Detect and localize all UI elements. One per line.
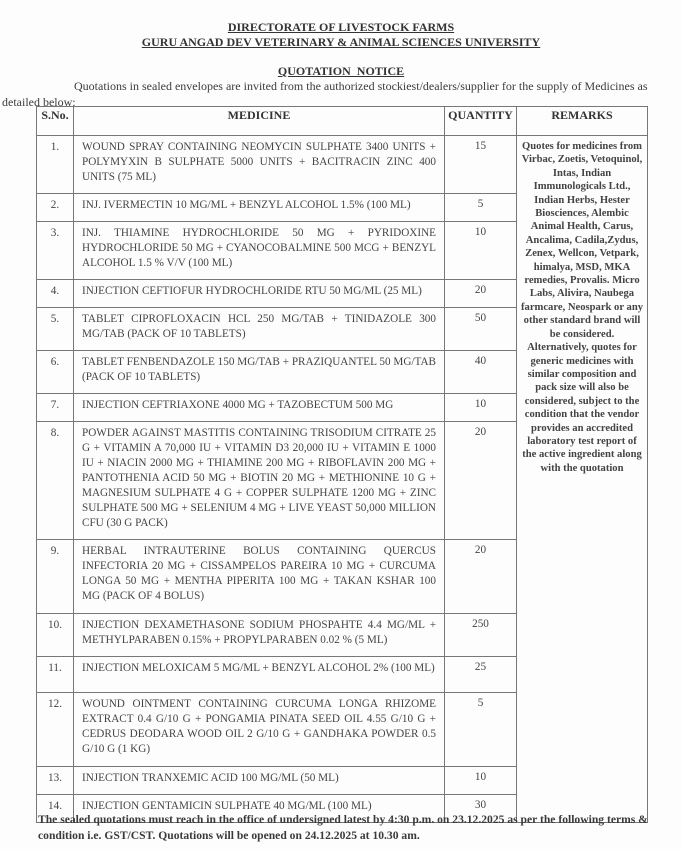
row-sno: 13. — [37, 767, 74, 795]
row-quantity: 10 — [445, 394, 517, 422]
row-sno: 7. — [37, 394, 74, 422]
row-quantity: 10 — [445, 222, 517, 280]
medicine-table: S.No. MEDICINE QUANTITY REMARKS 1.WOUND … — [36, 106, 648, 823]
col-header-sno: S.No. — [37, 107, 74, 136]
row-sno: 12. — [37, 693, 74, 767]
notice-title: QUOTATION NOTICE — [0, 64, 682, 79]
row-medicine: INJECTION CEFTIOFUR HYDROCHLORIDE RTU 50… — [74, 280, 445, 308]
row-medicine: WOUND OINTMENT CONTAINING CURCUMA LONGA … — [74, 693, 445, 767]
row-medicine: TABLET FENBENDAZOLE 150 MG/TAB + PRAZIQU… — [74, 351, 445, 394]
row-sno: 10. — [37, 614, 74, 657]
row-quantity: 40 — [445, 351, 517, 394]
table-row: 1.WOUND SPRAY CONTAINING NEOMYCIN SULPHA… — [37, 136, 648, 194]
row-medicine: POWDER AGAINST MASTITIS CONTAINING TRISO… — [74, 422, 445, 540]
row-quantity: 20 — [445, 422, 517, 540]
row-medicine: INJECTION DEXAMETHASONE SODIUM PHOSPAHTE… — [74, 614, 445, 657]
submission-terms: The sealed quotations must reach in the … — [38, 812, 650, 844]
row-medicine: INJ. IVERMECTIN 10 MG/ML + BENZYL ALCOHO… — [74, 194, 445, 222]
row-medicine: INJECTION CEFTRIAXONE 4000 MG + TAZOBECT… — [74, 394, 445, 422]
row-quantity: 25 — [445, 657, 517, 693]
row-medicine: WOUND SPRAY CONTAINING NEOMYCIN SULPHATE… — [74, 136, 445, 194]
col-header-medicine: MEDICINE — [74, 107, 445, 136]
directorate-heading: DIRECTORATE OF LIVESTOCK FARMS — [0, 20, 682, 35]
row-sno: 6. — [37, 351, 74, 394]
row-sno: 11. — [37, 657, 74, 693]
intro-line-1: Quotations in sealed envelopes are invit… — [74, 79, 648, 93]
row-sno: 3. — [37, 222, 74, 280]
row-sno: 2. — [37, 194, 74, 222]
row-medicine: INJECTION TRANXEMIC ACID 100 MG/ML (50 M… — [74, 767, 445, 795]
row-quantity: 15 — [445, 136, 517, 194]
row-quantity: 20 — [445, 280, 517, 308]
row-quantity: 250 — [445, 614, 517, 657]
university-heading: GURU ANGAD DEV VETERINARY & ANIMAL SCIEN… — [0, 35, 682, 50]
row-sno: 1. — [37, 136, 74, 194]
row-quantity: 20 — [445, 540, 517, 614]
col-header-quantity: QUANTITY — [445, 107, 517, 136]
row-medicine: INJECTION MELOXICAM 5 MG/ML + BENZYL ALC… — [74, 657, 445, 693]
row-sno: 4. — [37, 280, 74, 308]
col-header-remarks: REMARKS — [517, 107, 648, 136]
row-medicine: HERBAL INTRAUTERINE BOLUS CONTAINING QUE… — [74, 540, 445, 614]
row-sno: 8. — [37, 422, 74, 540]
row-quantity: 50 — [445, 308, 517, 351]
row-quantity: 5 — [445, 194, 517, 222]
table-header-row: S.No. MEDICINE QUANTITY REMARKS — [37, 107, 648, 136]
row-medicine: INJ. THIAMINE HYDROCHLORIDE 50 MG + PYRI… — [74, 222, 445, 280]
remarks-cell: Quotes for medicines from Virbac, Zoetis… — [517, 136, 648, 823]
row-quantity: 10 — [445, 767, 517, 795]
row-quantity: 5 — [445, 693, 517, 767]
row-medicine: TABLET CIPROFLOXACIN HCL 250 MG/TAB + TI… — [74, 308, 445, 351]
row-sno: 9. — [37, 540, 74, 614]
row-sno: 5. — [37, 308, 74, 351]
